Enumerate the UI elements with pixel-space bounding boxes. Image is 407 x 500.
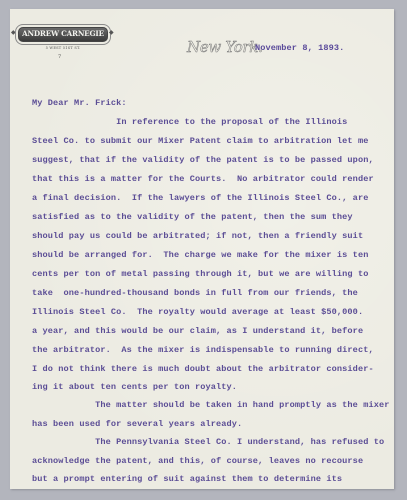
body-line: take one-hundred-thousand bonds in full …: [32, 288, 358, 298]
body-line: ing it about ten cents per ton royalty.: [32, 382, 237, 392]
body-line: that this is a matter for the Courts. No…: [32, 174, 374, 184]
letter-page: [10, 9, 394, 489]
body-line: In reference to the proposal of the Illi…: [32, 117, 347, 127]
body-line: cents per ton of metal passing through i…: [32, 269, 368, 279]
body-line: but a prompt entering of suit against th…: [32, 474, 342, 484]
place-script: New York.: [187, 38, 263, 56]
letterhead-address: 5 WEST 51ST ST.: [38, 46, 88, 50]
body-line: should pay us could be arbitrated; if no…: [32, 231, 363, 241]
body-line: a year, and this would be our claim, as …: [32, 326, 363, 336]
body-line: The matter should be taken in hand promp…: [32, 400, 389, 410]
body-line: acknowledge the patent, and this, of cou…: [32, 456, 363, 466]
letterhead-name: ANDREW CARNEGIE: [18, 27, 108, 40]
body-line: Steel Co. to submit our Mixer Patent cla…: [32, 136, 368, 146]
body-line: Illinois Steel Co. The royalty would ave…: [32, 307, 363, 317]
ornament-left-icon: ◆: [11, 31, 17, 36]
body-line: has been used for several years already.: [32, 419, 242, 429]
ornament-right-icon: ◆: [109, 31, 115, 36]
letter-date: November 8, 1893.: [255, 43, 344, 53]
body-line: the arbitrator. As the mixer is indispen…: [32, 345, 374, 355]
salutation: My Dear Mr. Frick:: [32, 98, 127, 108]
body-line: a final decision. If the lawyers of the …: [32, 193, 368, 203]
body-line: The Pennsylvania Steel Co. I understand,…: [32, 437, 384, 447]
body-line: suggest, that if the validity of the pat…: [32, 155, 374, 165]
letterhead: ◆ ANDREW CARNEGIE ◆ 5 WEST 51ST ST. 7: [16, 22, 110, 60]
body-line: should be arranged for. The charge we ma…: [32, 250, 368, 260]
letterhead-mark: 7: [58, 54, 61, 60]
body-line: satisfied as to the validity of the pate…: [32, 212, 353, 222]
body-line: I do not think there is much doubt about…: [32, 364, 374, 374]
